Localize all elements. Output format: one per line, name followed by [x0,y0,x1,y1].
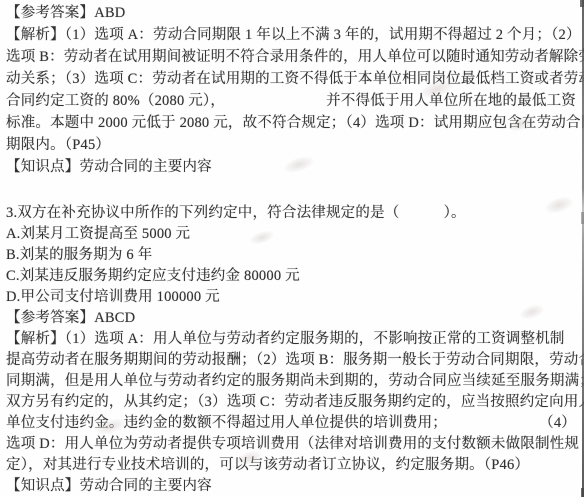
analysis-line-6: 选项 D：用人单位为劳动者提供专项培训费用（法律对培训费用的支付数额未做限制性规 [6,434,576,455]
analysis-line-3: 动关系；（3）选项 C：劳动者在试用期的工资不得低于本单位相同岗位最低档工资或者… [6,68,576,90]
question-3-block: 3.双方在补充协议中所作的下列约定中，符合法律规定的是（ ）。 A.刘某月工资提… [6,203,576,497]
analysis-line-2: 提高劳动者在服务期期间的劳动报酬；（2）选项 B：服务期一般长于劳动合同期限，劳… [6,350,576,371]
text-segment-left: 合同约定工资的 80%（2080 元）， [6,90,225,112]
analysis-line-6: 期限内。（P45） [6,134,576,156]
text-segment-right: （4） [539,413,576,434]
option-d-line: D.甲公司支付培训费用 100000 元 [6,287,576,308]
reference-answer-line: 【参考答案】ABCD [6,308,576,329]
option-b-line: B.刘某的服务期为 6 年 [6,245,576,266]
text-segment-right: 并不得低于用人单位所在地的最低工资 [326,90,576,112]
analysis-line-1: 【解析】（1）选项 A：劳动合同期限 1 年以上不满 3 年的，试用期不得超过 … [6,24,576,46]
knowledge-point-line: 【知识点】劳动合同的主要内容 [6,476,576,497]
analysis-line-5: 单位支付违约金。违约金的数额不得超过用人单位提供的培训费用； （4） [6,413,576,434]
analysis-line-3: 同期满，但是用人单位与劳动者约定的服务期尚未到期的，劳动合同应当续延至服务期满； [6,371,576,392]
analysis-line-4: 双方另有约定的，从其约定；（3）选项 C：劳动者违反服务期约定的，应当按照约定向… [6,392,576,413]
reference-answer-line: 【参考答案】ABD [6,2,576,24]
analysis-line-2: 选项 B：劳动者在试用期间被证明不符合录用条件的，用人单位可以随时通知劳动者解除… [6,46,576,68]
analysis-line-7: 定），对其进行专业技术培训的，可以与该劳动者订立协议，约定服务期。（P46） [6,455,576,476]
analysis-line-4: 合同约定工资的 80%（2080 元）， 并不得低于用人单位所在地的最低工资 [6,90,576,112]
option-c-line: C.刘某违反服务期约定应支付违约金 80000 元 [6,266,576,287]
knowledge-point-line: 【知识点】劳动合同的主要内容 [6,156,576,178]
question-3-stem-line: 3.双方在补充协议中所作的下列约定中，符合法律规定的是（ ）。 [6,203,576,224]
document-page: 【参考答案】ABD 【解析】（1）选项 A：劳动合同期限 1 年以上不满 3 年… [0,0,584,497]
analysis-line-5: 标准。本题中 2000 元低于 2080 元，故不符合规定；（4）选项 D：试用… [6,112,576,134]
text-segment-left: 单位支付违约金。违约金的数额不得超过用人单位提供的培训费用； [6,413,447,434]
question-2-answer-block: 【参考答案】ABD 【解析】（1）选项 A：劳动合同期限 1 年以上不满 3 年… [6,2,576,178]
option-a-line: A.刘某月工资提高至 5000 元 [6,224,576,245]
scan-artifact-top [580,0,584,7]
analysis-line-1: 【解析】（1）选项 A：用人单位与劳动者约定服务期的，不影响按正常的工资调整机制 [6,329,576,350]
document-content: 【参考答案】ABD 【解析】（1）选项 A：劳动合同期限 1 年以上不满 3 年… [6,2,576,497]
